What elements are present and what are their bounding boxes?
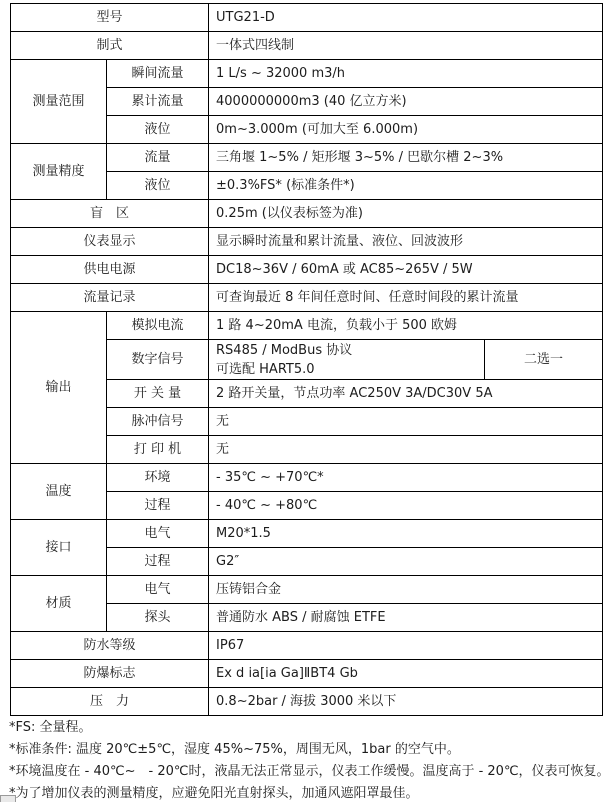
row-output-analog: 输出 模拟电流 1 路 4~20mA 电流，负载小于 500 欧姆	[11, 312, 603, 340]
range-total-value: 4000000000m3 (40 亿立方米)	[209, 88, 603, 116]
model-value: UTG21-D	[209, 4, 603, 32]
interface-group-label: 接口	[11, 520, 107, 576]
interface-process-label: 过程	[107, 548, 209, 576]
display-value: 显示瞬时流量和累计流量、液位、回波波形	[209, 228, 603, 256]
footnote-ambient-temperature: *环境温度在 - 40℃~ - 20℃时，液晶无法正常显示，仪表工作缓慢。温度高…	[9, 761, 609, 783]
power-value: DC18~36V / 60mA 或 AC85~265V / 5W	[209, 256, 603, 284]
material-electrical-label: 电气	[107, 576, 209, 604]
range-group-label: 测量范围	[11, 60, 107, 144]
range-level-value: 0m~3.000m (可加大至 6.000m)	[209, 116, 603, 144]
spec-table: 型号 UTG21-D 制式 一体式四线制 测量范围 瞬间流量 1 L/s ~ 3…	[10, 3, 603, 716]
row-temp-ambient: 温度 环境 - 35℃ ~ +70℃*	[11, 464, 603, 492]
accuracy-level-label: 液位	[107, 172, 209, 200]
output-digital-value-line1: RS485 / ModBus 协议	[216, 341, 477, 360]
material-electrical-value: 压铸铝合金	[209, 576, 603, 604]
material-probe-label: 探头	[107, 604, 209, 632]
output-printer-value: 无	[209, 436, 603, 464]
row-blind-zone: 盲 区 0.25m (以仪表标签为准)	[11, 200, 603, 228]
blind-zone-label: 盲 区	[11, 200, 209, 228]
accuracy-group-label: 测量精度	[11, 144, 107, 200]
temp-process-label: 过程	[107, 492, 209, 520]
row-range-instant: 测量范围 瞬间流量 1 L/s ~ 32000 m3/h	[11, 60, 603, 88]
row-record: 流量记录 可查询最近 8 年间任意时间、任意时间段的累计流量	[11, 284, 603, 312]
display-label: 仪表显示	[11, 228, 209, 256]
power-label: 供电电源	[11, 256, 209, 284]
output-analog-label: 模拟电流	[107, 312, 209, 340]
waterproof-value: IP67	[209, 632, 603, 660]
model-label: 型号	[11, 4, 209, 32]
row-standard: 制式 一体式四线制	[11, 32, 603, 60]
output-switch-label: 开 关 量	[107, 380, 209, 408]
footnote-standard-conditions: *标准条件: 温度 20℃±5℃，湿度 45%~75%，周围无风，1bar 的空…	[9, 739, 609, 761]
material-group-label: 材质	[11, 576, 107, 632]
output-pulse-label: 脉冲信号	[107, 408, 209, 436]
output-analog-value: 1 路 4~20mA 电流，负载小于 500 欧姆	[209, 312, 603, 340]
temp-process-value: - 40℃ ~ +80℃	[209, 492, 603, 520]
record-label: 流量记录	[11, 284, 209, 312]
output-digital-note: 二选一	[485, 340, 603, 380]
accuracy-flow-label: 流量	[107, 144, 209, 172]
accuracy-level-value: ±0.3%FS* (标准条件*)	[209, 172, 603, 200]
row-display: 仪表显示 显示瞬时流量和累计流量、液位、回波波形	[11, 228, 603, 256]
record-value: 可查询最近 8 年间任意时间、任意时间段的累计流量	[209, 284, 603, 312]
interface-electrical-value: M20*1.5	[209, 520, 603, 548]
temp-ambient-value: - 35℃ ~ +70℃*	[209, 464, 603, 492]
row-pressure: 压 力 0.8~2bar / 海拔 3000 米以下	[11, 688, 603, 716]
output-digital-value-line2: 可选配 HART5.0	[216, 360, 477, 379]
pressure-value: 0.8~2bar / 海拔 3000 米以下	[209, 688, 603, 716]
waterproof-label: 防水等级	[11, 632, 209, 660]
range-instant-label: 瞬间流量	[107, 60, 209, 88]
temperature-group-label: 温度	[11, 464, 107, 520]
pressure-label: 压 力	[11, 688, 209, 716]
standard-label: 制式	[11, 32, 209, 60]
range-level-label: 液位	[107, 116, 209, 144]
output-switch-value: 2 路开关量，节点功率 AC250V 3A/DC30V 5A	[209, 380, 603, 408]
range-total-label: 累计流量	[107, 88, 209, 116]
spec-sheet-page: 型号 UTG21-D 制式 一体式四线制 测量范围 瞬间流量 1 L/s ~ 3…	[0, 0, 614, 802]
row-interface-electrical: 接口 电气 M20*1.5	[11, 520, 603, 548]
explosion-proof-label: 防爆标志	[11, 660, 209, 688]
row-material-electrical: 材质 电气 压铸铝合金	[11, 576, 603, 604]
row-model: 型号 UTG21-D	[11, 4, 603, 32]
accuracy-flow-value: 三角堰 1~5% / 矩形堰 3~5% / 巴歇尔槽 2~3%	[209, 144, 603, 172]
temp-ambient-label: 环境	[107, 464, 209, 492]
interface-process-value: G2″	[209, 548, 603, 576]
blind-zone-value: 0.25m (以仪表标签为准)	[209, 200, 603, 228]
row-waterproof: 防水等级 IP67	[11, 632, 603, 660]
explosion-proof-value: Ex d ia[ia Ga]ⅡBT4 Gb	[209, 660, 603, 688]
output-group-label: 输出	[11, 312, 107, 464]
interface-electrical-label: 电气	[107, 520, 209, 548]
output-digital-label: 数字信号	[107, 340, 209, 380]
footnote-fs: *FS: 全量程。	[9, 717, 609, 739]
footnote-accuracy-advice: *为了增加仪表的测量精度，应避免阳光直射探头，加通风遮阳罩最佳。	[9, 783, 609, 802]
row-power: 供电电源 DC18~36V / 60mA 或 AC85~265V / 5W	[11, 256, 603, 284]
row-explosion-proof: 防爆标志 Ex d ia[ia Ga]ⅡBT4 Gb	[11, 660, 603, 688]
material-probe-value: 普通防水 ABS / 耐腐蚀 ETFE	[209, 604, 603, 632]
output-pulse-value: 无	[209, 408, 603, 436]
row-accuracy-flow: 测量精度 流量 三角堰 1~5% / 矩形堰 3~5% / 巴歇尔槽 2~3%	[11, 144, 603, 172]
range-instant-value: 1 L/s ~ 32000 m3/h	[209, 60, 603, 88]
output-printer-label: 打 印 机	[107, 436, 209, 464]
standard-value: 一体式四线制	[209, 32, 603, 60]
output-digital-value: RS485 / ModBus 协议 可选配 HART5.0	[209, 340, 485, 380]
scrollbar-corner-fragment[interactable]	[0, 795, 16, 802]
footnotes: *FS: 全量程。 *标准条件: 温度 20℃±5℃，湿度 45%~75%，周围…	[9, 717, 609, 802]
